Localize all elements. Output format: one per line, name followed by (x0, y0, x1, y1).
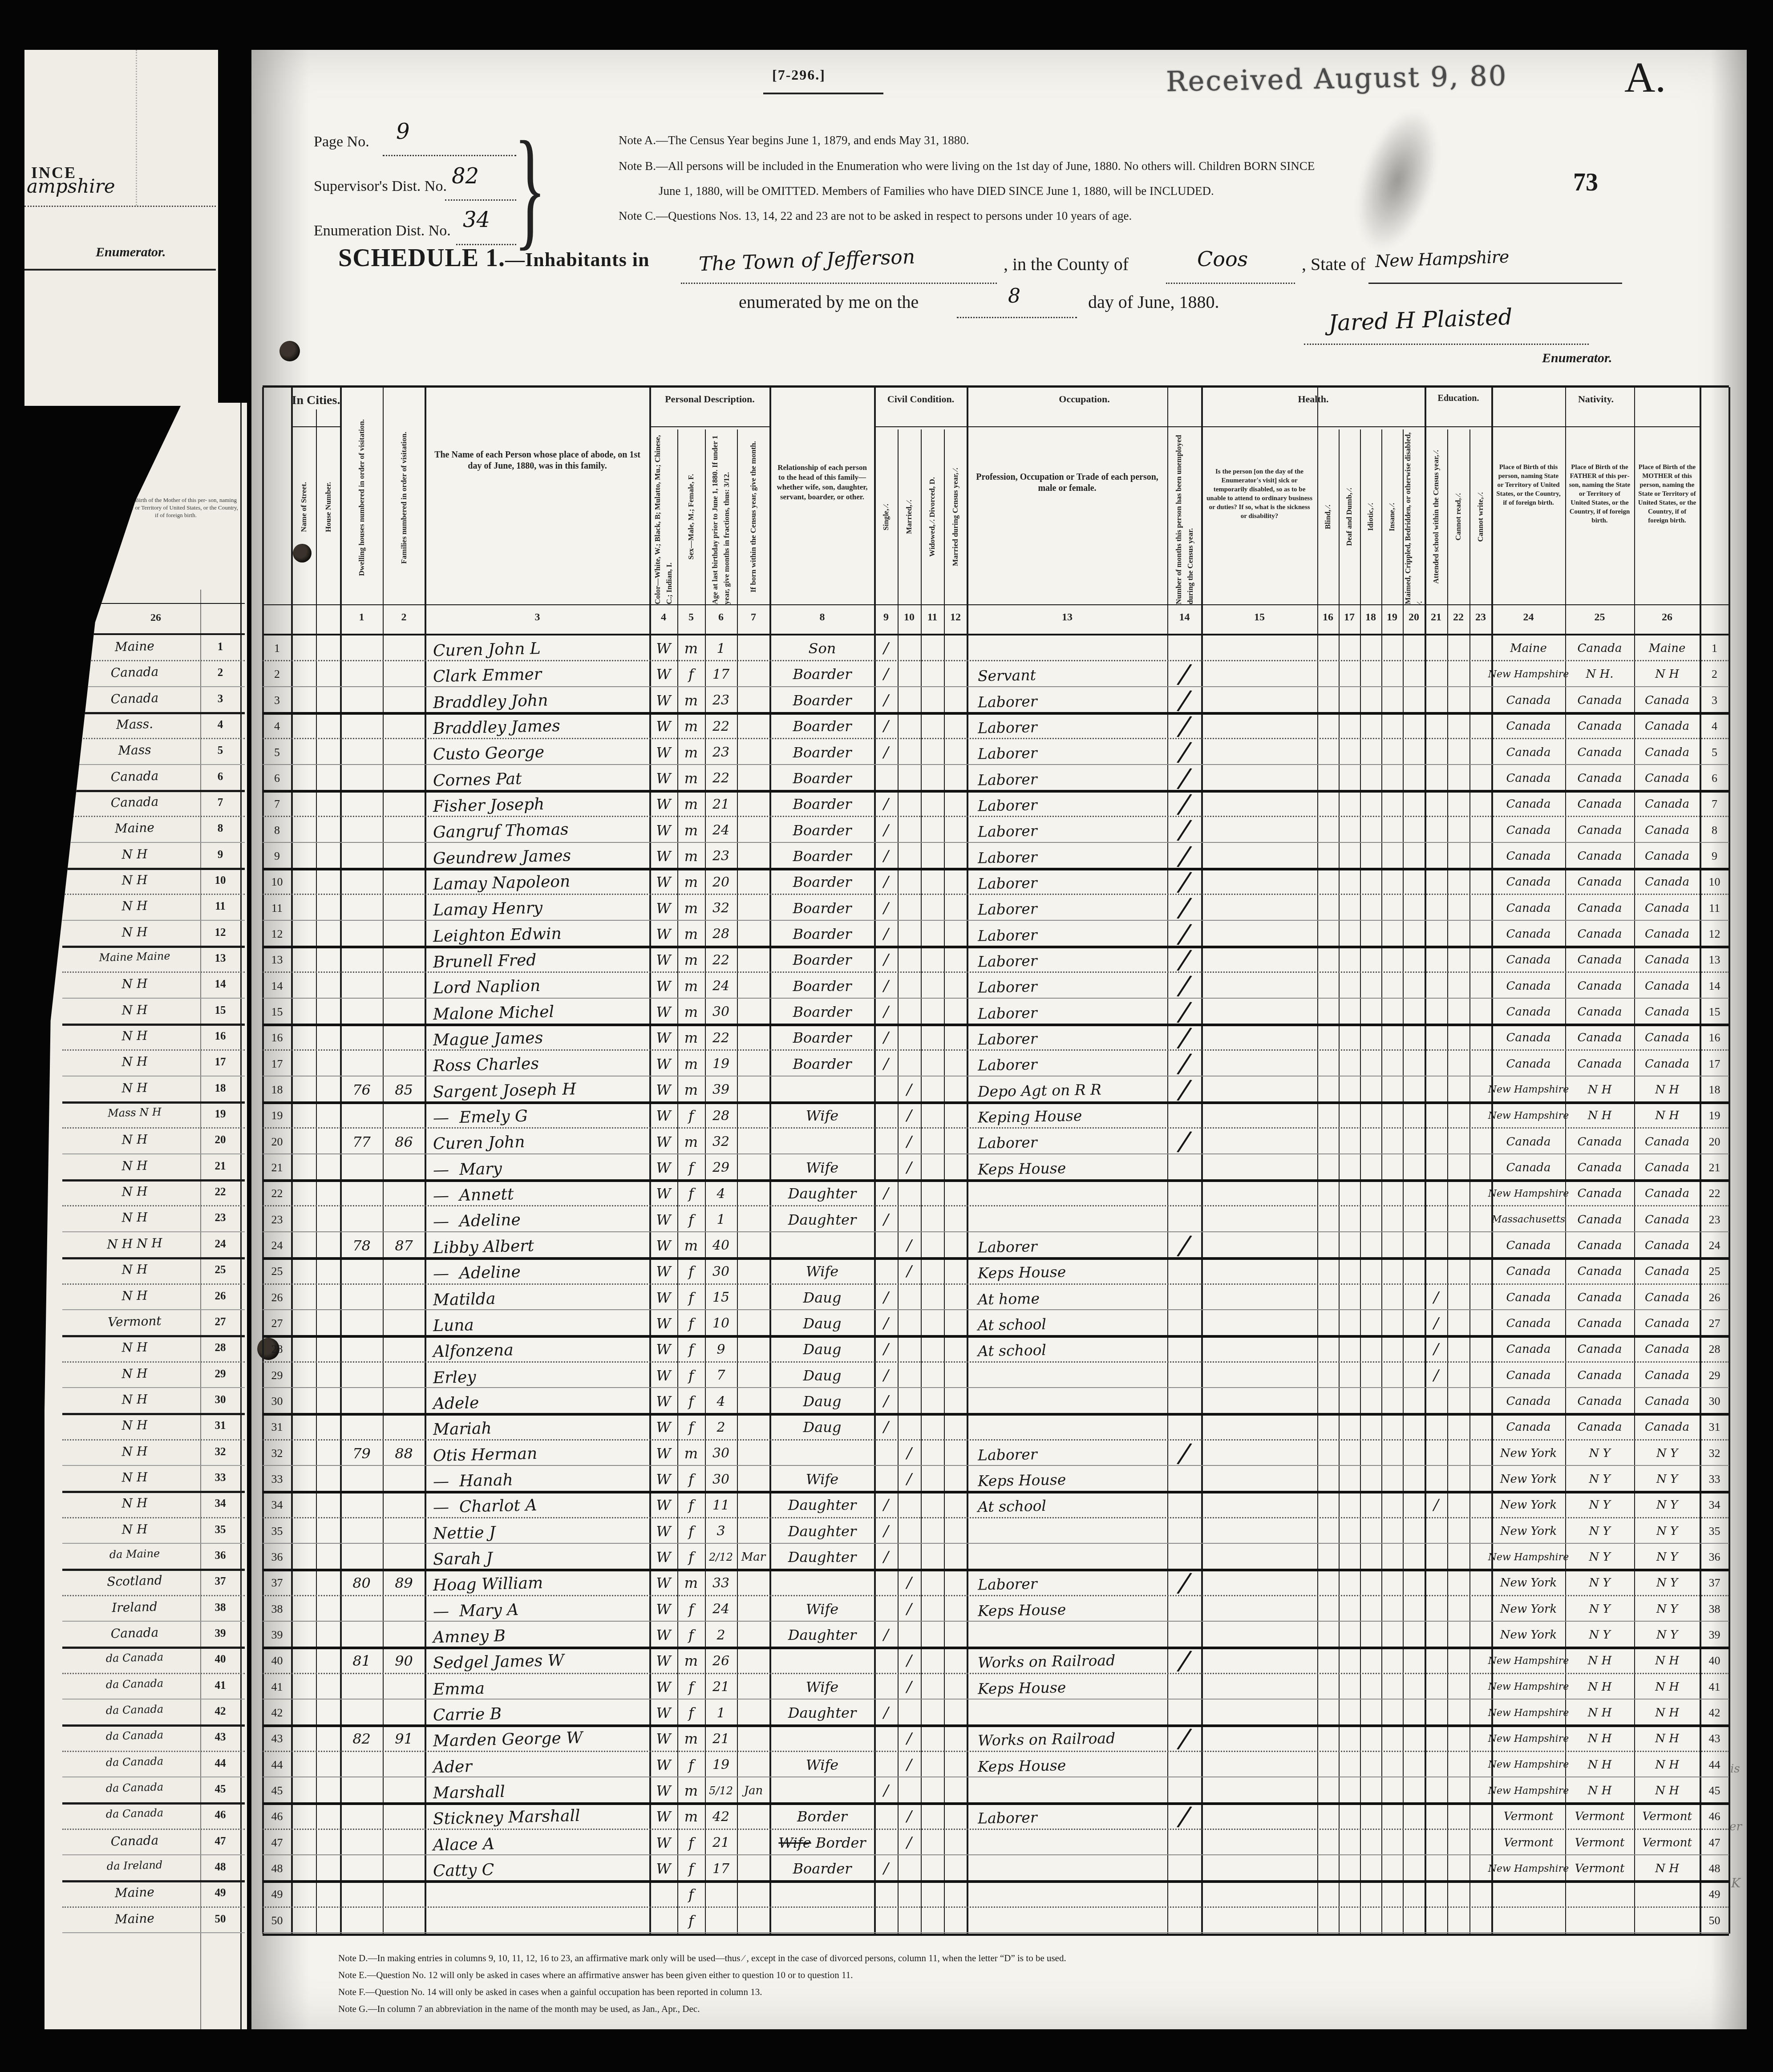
row-43-c14: ∕ (1166, 1724, 1203, 1753)
row-43-c6: 21 (705, 1726, 737, 1752)
row-28-c21: / (1425, 1336, 1447, 1362)
row-46-rnR: 46 (1700, 1804, 1729, 1829)
row-48-c26: N H (1634, 1856, 1700, 1882)
row-28-c24: Canada (1492, 1336, 1565, 1362)
row-31-rnL: 31 (263, 1414, 291, 1440)
row-12-c9: / (874, 921, 898, 947)
row-29-c26: Canada (1634, 1363, 1700, 1388)
left-strip-row (62, 1387, 245, 1388)
row-14-c8: Boarder (770, 973, 874, 999)
table-group-title: Education. (1425, 393, 1492, 404)
row-25-c26: Canada (1634, 1259, 1700, 1284)
row-29-rnL: 29 (263, 1363, 291, 1388)
row-43-c26: N H (1634, 1726, 1700, 1752)
left-strip-row-number: 40 (201, 1653, 239, 1666)
row-17-c9: / (874, 1051, 898, 1076)
row-7-c8: Boarder (770, 791, 874, 817)
row-25-c10: / (898, 1259, 921, 1284)
schedule-title: SCHEDULE 1.—Inhabitants in (338, 244, 649, 272)
row-22-rnR: 22 (1700, 1181, 1729, 1206)
row-12-rnL: 12 (263, 921, 291, 947)
row-43-c5: m (677, 1726, 705, 1752)
left-strip-row-number: 17 (201, 1056, 239, 1068)
row-13-c4: W (650, 947, 677, 973)
row-24-rnL: 24 (263, 1233, 291, 1259)
row-1-rnR: 1 (1700, 635, 1729, 661)
row-38-c4: W (650, 1596, 677, 1622)
row-12-c25: Canada (1565, 921, 1634, 947)
column-number: 15 (1202, 611, 1317, 623)
row-14-c24: Canada (1492, 973, 1565, 999)
column-header-house: House Number. (316, 409, 340, 604)
row-19-c10: / (898, 1103, 921, 1129)
row-19-rnR: 19 (1700, 1103, 1729, 1129)
left-strip-value: da Canada (71, 1754, 198, 1769)
left-strip-row (62, 1854, 245, 1855)
row-40-c1: 81 (340, 1648, 383, 1674)
row-31-c26: Canada (1634, 1414, 1700, 1440)
row-47-c24: Vermont (1492, 1830, 1565, 1856)
enumerated-day: 8 (1008, 285, 1020, 308)
left-strip-row-number: 31 (201, 1420, 239, 1432)
row-6-c26: Canada (1634, 765, 1700, 791)
row-37-c6: 33 (705, 1570, 737, 1596)
row-8-c8: Boarder (770, 817, 874, 843)
row-10-c24: Canada (1492, 869, 1565, 895)
row-29-c4: W (650, 1363, 677, 1388)
row-43-c1: 82 (340, 1726, 383, 1752)
row-48-c6: 17 (705, 1856, 737, 1882)
row-32-c25: N Y (1565, 1441, 1634, 1466)
footnote-d: Note D.—In making entries in columns 9, … (338, 1953, 1673, 1964)
row-17-c5: m (677, 1051, 705, 1076)
row-36-c9: / (874, 1544, 898, 1570)
row-16-c6: 22 (705, 1025, 737, 1051)
column-number: 3 (425, 611, 650, 623)
row-38-c13: Keps House (967, 1594, 1168, 1624)
left-strip-row-number: 37 (201, 1575, 239, 1588)
row-41-c5: f (677, 1674, 705, 1700)
row-39-c8: Daughter (770, 1622, 874, 1648)
row-16-c24: Canada (1492, 1025, 1565, 1051)
left-strip-value: N H (71, 1079, 198, 1097)
left-strip-value: N H (71, 871, 198, 889)
column-header-c24: Place of Birth of this person, naming St… (1495, 463, 1562, 507)
left-strip-value: N H (71, 1468, 198, 1486)
column-number: 23 (1469, 611, 1492, 623)
row-34-c24: New York (1492, 1492, 1565, 1518)
left-strip-row (62, 686, 245, 687)
row-6-c24: Canada (1492, 765, 1565, 791)
row-34-c21: / (1425, 1492, 1447, 1518)
rule (1368, 283, 1622, 284)
row-40-c10: / (898, 1648, 921, 1674)
left-strip-row (62, 1906, 245, 1908)
rule (1202, 426, 1425, 427)
row-10-c25: Canada (1565, 869, 1634, 895)
row-45-rnR: 45 (1700, 1778, 1729, 1804)
left-strip-row (62, 1153, 245, 1154)
row-18-c10: / (898, 1077, 921, 1103)
row-36-rnR: 36 (1700, 1544, 1729, 1570)
row-40-c13: Works on Railroad (967, 1646, 1168, 1675)
row-24-c1: 78 (340, 1233, 383, 1259)
margin-fragment: K (1731, 1876, 1741, 1890)
row-21-rnR: 21 (1700, 1155, 1729, 1181)
row-14-c4: W (650, 973, 677, 999)
row-27-c4: W (650, 1311, 677, 1336)
column-header-c11: Widowed, ∕. Divorced, D. (921, 429, 944, 604)
column-line (383, 387, 384, 1934)
row-11-c6: 32 (705, 895, 737, 921)
dotted-rule (1304, 344, 1589, 345)
left-strip-row-number: 15 (201, 1004, 239, 1017)
left-strip-value: N H (71, 1442, 198, 1460)
row-34-c3: — Charlot A (425, 1489, 650, 1521)
row-46-rnL: 46 (263, 1804, 291, 1829)
row-16-c13: Laborer (967, 1023, 1168, 1052)
row-37-c5: m (677, 1570, 705, 1596)
row-28-c25: Canada (1565, 1336, 1634, 1362)
brace: } (514, 111, 546, 265)
left-strip-row (62, 1724, 245, 1727)
page-stamp: 73 (1573, 168, 1598, 197)
row-32-c4: W (650, 1441, 677, 1466)
left-column-header-fragment: Place of Birth of the Mother of this per… (111, 496, 240, 519)
row-20-c25: Canada (1565, 1129, 1634, 1154)
left-strip-value: da Canada (71, 1728, 198, 1744)
row-9-c24: Canada (1492, 843, 1565, 869)
row-35-c6: 3 (705, 1518, 737, 1544)
row-12-c8: Boarder (770, 921, 874, 947)
row-16-c26: Canada (1634, 1025, 1700, 1051)
left-strip-row (62, 712, 245, 714)
row-9-c13: Laborer (967, 842, 1168, 871)
table-group-title: Health. (1202, 393, 1425, 405)
row-24-c26: Canada (1634, 1233, 1700, 1259)
column-number: 8 (770, 611, 874, 623)
row-33-c5: f (677, 1466, 705, 1492)
row-20-c5: m (677, 1129, 705, 1154)
table-bottom-rule (263, 1934, 1729, 1936)
row-25-c24: Canada (1492, 1259, 1565, 1284)
row-38-c6: 24 (705, 1596, 737, 1622)
left-strip-row-number: 36 (201, 1550, 239, 1562)
column-header-c20: Maimed, Crippled, Bedridden, or otherwis… (1403, 429, 1425, 604)
left-strip-row (62, 816, 245, 817)
left-strip-value: Canada (71, 1832, 198, 1849)
left-strip-row (62, 1179, 245, 1182)
left-strip-row (62, 842, 245, 843)
row-39-c24: New York (1492, 1622, 1565, 1648)
row-18-c13: Depo Agt on R R (967, 1075, 1168, 1105)
left-strip-value: da Canada (71, 1650, 198, 1666)
enumerator-label: Enumerator. (1542, 351, 1612, 366)
row-2-rnR: 2 (1700, 661, 1729, 687)
row-2-c26: N H (1634, 661, 1700, 687)
row-32-c13: Laborer (967, 1439, 1168, 1468)
enumerated-pre: enumerated by me on the (739, 291, 919, 312)
row-11-c5: m (677, 895, 705, 921)
row-43-rnL: 43 (263, 1726, 291, 1752)
row-26-c5: f (677, 1285, 705, 1311)
left-strip-row-number: 26 (201, 1290, 239, 1303)
row-48-c4: W (650, 1856, 677, 1882)
row-45-c7: Jan (737, 1778, 770, 1804)
row-48-c24: New Hampshire (1492, 1856, 1565, 1882)
left-strip-value: N H (71, 1053, 198, 1071)
left-strip-row (62, 1101, 245, 1104)
left-strip-value: da Canada (71, 1806, 198, 1821)
row-26-c9: / (874, 1285, 898, 1311)
row-4-c24: Canada (1492, 713, 1565, 739)
row-28-c4: W (650, 1336, 677, 1362)
row-41-c25: N H (1565, 1674, 1634, 1700)
left-strip-row-number: 14 (201, 978, 239, 991)
left-strip-row-number: 21 (201, 1160, 239, 1173)
row-8-c9: / (874, 817, 898, 843)
row-28-c6: 9 (705, 1336, 737, 1362)
row-37-c13: Laborer (967, 1568, 1168, 1598)
left-strip-row (62, 1465, 245, 1466)
left-strip-row-number: 48 (201, 1861, 239, 1874)
row-43-c4: W (650, 1726, 677, 1752)
row-16-rnR: 16 (1700, 1025, 1729, 1051)
census-scan: INCE ampshire Enumerator. Place of Birth… (0, 0, 1773, 2072)
row-20-c10: / (898, 1129, 921, 1154)
row-31-rnR: 31 (1700, 1414, 1729, 1440)
row-34-c26: N Y (1634, 1492, 1700, 1518)
left-strip-value: Mass. (71, 715, 198, 733)
row-28-c13: At school (967, 1335, 1168, 1364)
row-14-rnR: 14 (1700, 973, 1729, 999)
row-18-c24: New Hampshire (1492, 1077, 1565, 1103)
row-46-c10: / (898, 1804, 921, 1829)
left-strip-row-number: 3 (201, 693, 239, 705)
column-number: 6 (705, 611, 737, 623)
row-5-c6: 23 (705, 739, 737, 765)
county-value: Coos (1197, 247, 1248, 271)
divider (136, 50, 138, 206)
left-strip-value: da Ireland (71, 1858, 198, 1873)
row-42-c6: 1 (705, 1700, 737, 1726)
row-31-c8: Daug (770, 1414, 874, 1440)
row-38-rnR: 38 (1700, 1596, 1729, 1622)
rule (1492, 426, 1700, 427)
row-23-c5: f (677, 1206, 705, 1232)
row-35-c9: / (874, 1518, 898, 1544)
previous-page-header-fragment: INCE ampshire Enumerator. (24, 50, 218, 406)
row-1-rnL: 1 (263, 635, 291, 661)
row-20-c26: Canada (1634, 1129, 1700, 1154)
left-strip-value: N H (71, 1494, 198, 1512)
left-strip-row-number: 13 (201, 952, 239, 965)
left-strip-value: Maine (71, 1910, 198, 1927)
row-19-c26: N H (1634, 1103, 1700, 1129)
row-28-c26: Canada (1634, 1336, 1700, 1362)
row-20-c1: 77 (340, 1129, 383, 1154)
row-32-rnL: 32 (263, 1441, 291, 1466)
left-strip-row (62, 790, 245, 792)
left-strip-row (62, 1439, 245, 1441)
row-47-rnL: 47 (263, 1830, 291, 1856)
left-strip-row-number: 19 (201, 1108, 239, 1121)
row-42-rnR: 42 (1700, 1700, 1729, 1726)
row-13-c24: Canada (1492, 947, 1565, 973)
row-10-c9: / (874, 869, 898, 895)
row-33-c4: W (650, 1466, 677, 1492)
column-header-c17: Deaf and Dumb, ∕. (1339, 429, 1360, 604)
row-20-c24: Canada (1492, 1129, 1565, 1154)
row-27-c24: Canada (1492, 1311, 1565, 1336)
row-30-rnR: 30 (1700, 1388, 1729, 1414)
row-42-c4: W (650, 1700, 677, 1726)
row-42-rnL: 42 (263, 1700, 291, 1726)
row-45-c9: / (874, 1778, 898, 1804)
left-strip-row (62, 1621, 245, 1622)
row-38-c10: / (898, 1596, 921, 1622)
row-18-c26: N H (1634, 1077, 1700, 1103)
row-15-c4: W (650, 999, 677, 1025)
column-number: 21 (1425, 611, 1447, 623)
row-8-c13: Laborer (967, 815, 1168, 845)
row-20-c2: 86 (383, 1129, 425, 1154)
left-strip-row-number: 27 (201, 1316, 239, 1328)
column-header-c21: Attended school within the Census year, … (1425, 429, 1447, 604)
column-number: 20 (1403, 611, 1425, 623)
left-strip-row-number: 7 (201, 797, 239, 809)
row-44-c13: Keps House (967, 1750, 1168, 1780)
row-5-c5: m (677, 739, 705, 765)
left-strip-row (62, 998, 245, 999)
row-25-rnL: 25 (263, 1259, 291, 1284)
column-header-c22: Cannot read, ∕. (1447, 429, 1469, 604)
row-37-c3: Hoag William (425, 1568, 650, 1599)
row-25-c8: Wife (770, 1259, 874, 1284)
row-41-rnL: 41 (263, 1674, 291, 1700)
row-4-rnL: 4 (263, 713, 291, 739)
row-36-c25: N Y (1565, 1544, 1634, 1570)
row-7-c26: Canada (1634, 791, 1700, 817)
row-28-c5: f (677, 1336, 705, 1362)
rule (650, 426, 770, 427)
column-number: 1 (340, 611, 383, 623)
left-strip-value: da Canada (71, 1676, 198, 1692)
row-19-c25: N H (1565, 1103, 1634, 1129)
column-header-c9: Single, ∕. (874, 429, 898, 604)
row-38-c5: f (677, 1596, 705, 1622)
row-44-c5: f (677, 1752, 705, 1778)
left-strip-row-number: 24 (201, 1238, 239, 1250)
row-41-c13: Keps House (967, 1672, 1168, 1702)
column-header-c15: Is the person [on the day of the Enumera… (1205, 467, 1314, 521)
row-1-c4: W (650, 635, 677, 661)
column-header-c4: Color—White, W.; Black, B; Mulatto, Mu.;… (650, 429, 677, 604)
row-32-c10: / (898, 1441, 921, 1466)
left-strip-value: Canada (71, 793, 198, 811)
row-24-c24: Canada (1492, 1233, 1565, 1259)
row-17-c24: Canada (1492, 1051, 1565, 1076)
left-strip-row (62, 1751, 245, 1752)
row-45-c6: 5/12 (705, 1778, 737, 1804)
rule (763, 93, 883, 94)
row-27-c6: 10 (705, 1311, 737, 1336)
row-29-c9: / (874, 1363, 898, 1388)
row-32-c6: 30 (705, 1441, 737, 1466)
left-strip-row-number: 34 (201, 1497, 239, 1510)
row-6-c25: Canada (1565, 765, 1634, 791)
row-36-c8: Daughter (770, 1544, 874, 1570)
row-2-rnL: 2 (263, 661, 291, 687)
row-4-c5: m (677, 713, 705, 739)
row-40-c5: m (677, 1648, 705, 1674)
left-strip-row-number: 45 (201, 1783, 239, 1796)
row-14-c26: Canada (1634, 973, 1700, 999)
row-5-rnL: 5 (263, 739, 291, 765)
row-47-c6: 21 (705, 1830, 737, 1856)
left-strip-value: Mass N H (71, 1105, 198, 1120)
row-21-c5: f (677, 1155, 705, 1181)
row-35-c24: New York (1492, 1518, 1565, 1544)
row-45-rnL: 45 (263, 1778, 291, 1804)
row-1-c9: / (874, 635, 898, 661)
row-18-c2: 85 (383, 1077, 425, 1103)
column-number: 17 (1339, 611, 1360, 623)
row-35-c25: N Y (1565, 1518, 1634, 1544)
row-27-c5: f (677, 1311, 705, 1336)
left-strip-row-number: 28 (201, 1342, 239, 1354)
left-strip-row (62, 1361, 245, 1363)
row-33-c10: / (898, 1466, 921, 1492)
row-33-c25: N Y (1565, 1466, 1634, 1492)
row-40-c24: New Hampshire (1492, 1648, 1565, 1674)
left-strip-row-number: 18 (201, 1082, 239, 1095)
row-16-c9: / (874, 1025, 898, 1051)
left-strip-value: da Canada (71, 1780, 198, 1795)
row-31-c6: 2 (705, 1414, 737, 1440)
column-line (1317, 387, 1318, 1934)
left-strip-row-number: 8 (201, 822, 239, 835)
left-strip-value: da Canada (71, 1702, 198, 1717)
left-strip-row (62, 1413, 245, 1415)
row-30-c24: Canada (1492, 1388, 1565, 1414)
row-30-c6: 4 (705, 1388, 737, 1414)
row-11-c25: Canada (1565, 895, 1634, 921)
left-strip-row (62, 1647, 245, 1649)
row-46-c24: Vermont (1492, 1804, 1565, 1829)
row-39-c26: N Y (1634, 1622, 1700, 1648)
row-36-rnL: 36 (263, 1544, 291, 1570)
column-header-c7: If born within the Census year, give the… (737, 429, 770, 604)
row-10-c26: Canada (1634, 869, 1700, 895)
left-strip-row (62, 1257, 245, 1259)
row-8-c6: 24 (705, 817, 737, 843)
row-2-c24: New Hampshire (1492, 661, 1565, 687)
row-21-c13: Keps House (967, 1153, 1168, 1182)
row-49-rnR: 49 (1700, 1882, 1729, 1907)
left-strip-row-number: 29 (201, 1368, 239, 1380)
row-12-c26: Canada (1634, 921, 1700, 947)
column-number: 9 (874, 611, 898, 623)
row-44-rnL: 44 (263, 1752, 291, 1778)
footnote-e: Note E.—Question No. 12 will only be ask… (338, 1970, 1673, 1981)
row-37-c25: N Y (1565, 1570, 1634, 1596)
row-40-c4: W (650, 1648, 677, 1674)
row-3-rnL: 3 (263, 688, 291, 713)
row-15-c24: Canada (1492, 999, 1565, 1025)
row-46-c3: Stickney Marshall (425, 1801, 650, 1833)
row-8-c4: W (650, 817, 677, 843)
